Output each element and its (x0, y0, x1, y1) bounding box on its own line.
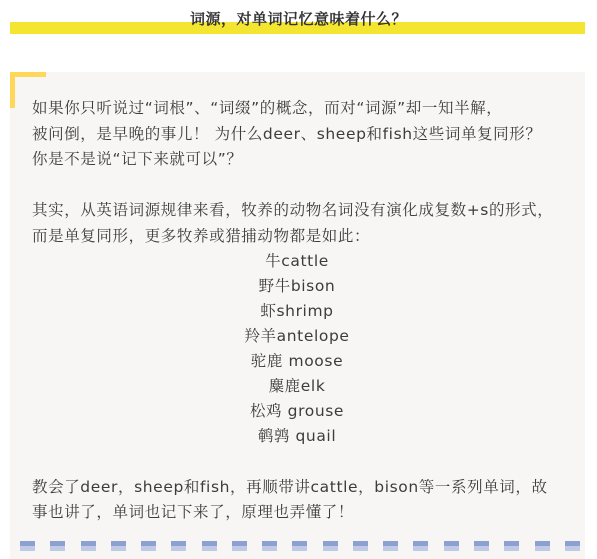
divider-dash (323, 541, 338, 551)
paragraph-conclusion-line-1: 教会了deer，sheep和fish，再顺带讲cattle，bison等一系列单… (32, 475, 572, 501)
divider-dash (413, 541, 428, 551)
section-title: 词源，对单词记忆意味着什么？ (0, 8, 597, 29)
divider-dash (81, 541, 96, 551)
divider-dash (444, 541, 459, 551)
divider-dash (262, 541, 277, 551)
animal-word: 虾shrimp (32, 299, 562, 324)
divider-dash (111, 541, 126, 551)
animal-word: 松鸡 grouse (32, 399, 562, 424)
animal-word-list: 牛cattle 野牛bison 虾shrimp 羚羊antelope 驼鹿 mo… (32, 249, 562, 449)
animal-word: 麋鹿elk (32, 374, 562, 399)
divider-dash (50, 541, 65, 551)
divider-dash (202, 541, 217, 551)
paragraph-intro-line-3: 你是不是说“记下来就可以”？ (32, 147, 572, 173)
article-body: 如果你只听说过“词根”、“词缀”的概念，而对“词源”却一知半解， 被问倒，是早晚… (32, 96, 572, 526)
divider-dash (565, 541, 580, 551)
corner-accent-vertical (10, 72, 15, 108)
animal-word: 羚羊antelope (32, 324, 562, 349)
animal-word: 牛cattle (32, 249, 562, 274)
paragraph-intro-line-2: 被问倒，是早晚的事儿！ 为什么deer、sheep和fish这些词单复同形？ (32, 122, 572, 148)
divider-dash (292, 541, 307, 551)
animal-word: 鹌鹑 quail (32, 424, 562, 449)
divider-dash (141, 541, 156, 551)
paragraph-explain-line-2: 而是单复同形，更多牧养或猎捕动物都是如此： (32, 224, 572, 250)
corner-accent-horizontal (10, 72, 46, 77)
divider-dash (171, 541, 186, 551)
paragraph-intro-line-1: 如果你只听说过“词根”、“词缀”的概念，而对“词源”却一知半解， (32, 96, 572, 122)
paragraph-conclusion-line-2: 事也讲了，单词也记下来了，原理也弄懂了！ (32, 500, 572, 526)
divider-dash (20, 541, 35, 551)
animal-word: 驼鹿 moose (32, 349, 562, 374)
divider-dash (232, 541, 247, 551)
divider-dash (504, 541, 519, 551)
paragraph-explain-line-1: 其实，从英语词源规律来看，牧养的动物名词没有演化成复数+s的形式， (32, 198, 572, 224)
dashed-divider (20, 541, 580, 551)
divider-dash (535, 541, 550, 551)
divider-dash (353, 541, 368, 551)
divider-dash (474, 541, 489, 551)
divider-dash (383, 541, 398, 551)
animal-word: 野牛bison (32, 274, 562, 299)
